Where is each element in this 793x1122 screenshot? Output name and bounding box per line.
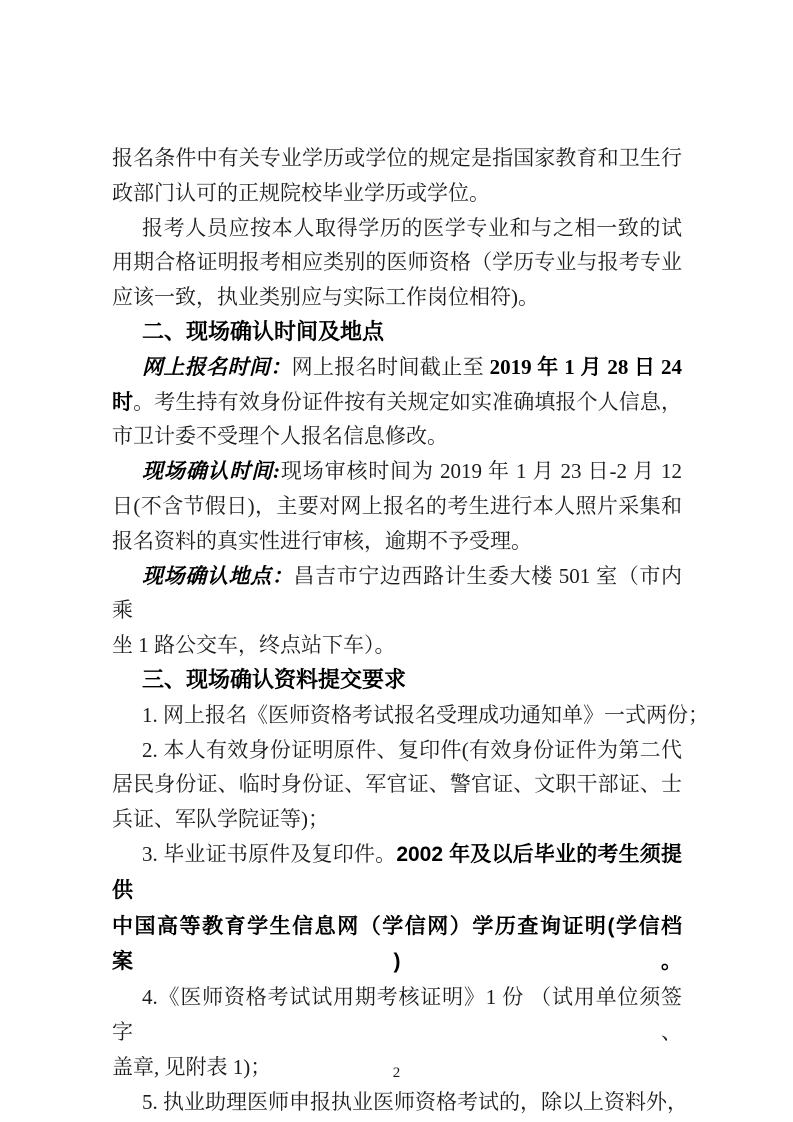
text-line: 居民身份证、临时身份证、军官证、警官证、文职干部证、士 — [112, 767, 682, 802]
block-paragraph-4: 现场确认时间:现场审核时间为 2019 年 1 月 23 日-2 月 12日(不… — [112, 454, 682, 558]
text-bold: 时 — [112, 390, 133, 414]
text-line: 5. 执业助理医师申报执业医师资格考试的，除以上资料外， — [112, 1085, 682, 1120]
text-kai-bold: 现场确认地点： — [142, 564, 293, 588]
text-line: 兵证、军队学院证等)； — [112, 802, 682, 837]
text-line: 应该一致，执业类别应与实际工作岗位相符)。 — [112, 280, 682, 315]
text-regular: 1. 网上报名《医师资格考试报名受理成功通知单》一式两份； — [142, 703, 709, 727]
text-regular: 日(不含节假日)，主要对网上报名的考生进行本人照片采集和 — [112, 494, 682, 518]
text-bold: 2019 年 1 月 28 日 24 — [490, 355, 682, 379]
text-line: 现场确认地点：昌吉市宁边西路计生委大楼 501 室（市内乘 — [112, 559, 682, 629]
text-line: 3. 毕业证书原件及复印件。2002 年及以后毕业的考生须提供 — [112, 837, 682, 909]
text-line: 中国高等教育学生信息网（学信网）学历查询证明(学信档案)。 — [112, 909, 682, 981]
text-kai-bold: 网上报名时间： — [142, 355, 292, 379]
block-heading-6: 三、现场确认资料提交要求 — [112, 663, 682, 698]
text-line: 现场确认时间:现场审核时间为 2019 年 1 月 23 日-2 月 12 — [112, 454, 682, 489]
text-regular: 应该一致，执业类别应与实际工作岗位相符)。 — [112, 285, 539, 309]
block-paragraph-1: 报考人员应按本人取得学历的医学专业和与之相一致的试用期合格证明报考相应类别的医师… — [112, 211, 682, 315]
page-number: 2 — [0, 1063, 793, 1083]
text-hei: 二、现场确认时间及地点 — [142, 319, 384, 344]
text-line: 二、现场确认时间及地点 — [112, 315, 682, 350]
text-regular: 报名资料的真实性进行审核，逾期不予受理。 — [112, 529, 532, 553]
text-regular: 政部门认可的正规院校毕业学历或学位。 — [112, 181, 490, 205]
text-line: 政部门认可的正规院校毕业学历或学位。 — [112, 176, 682, 211]
text-regular: 5. 执业助理医师申报执业医师资格考试的，除以上资料外， — [142, 1090, 688, 1114]
text-regular: 3. 毕业证书原件及复印件。 — [142, 842, 396, 866]
block-list-item-7: 1. 网上报名《医师资格考试报名受理成功通知单》一式两份； — [112, 698, 682, 733]
text-regular: 。考生持有效身份证件按有关规定如实准确填报个人信息， — [133, 390, 682, 414]
text-regular: 2. 本人有效身份证明原件、复印件(有效身份证件为第二代 — [142, 738, 682, 762]
text-line: 用期合格证明报考相应类别的医师资格（学历专业与报考专业 — [112, 245, 682, 280]
text-line: 坐 1 路公交车，终点站下车）。 — [112, 628, 682, 663]
text-line: 日(不含节假日)，主要对网上报名的考生进行本人照片采集和 — [112, 489, 682, 524]
text-line: 报名条件中有关专业学历或学位的规定是指国家教育和卫生行 — [112, 141, 682, 176]
text-line: 2. 本人有效身份证明原件、复印件(有效身份证件为第二代 — [112, 733, 682, 768]
text-line: 报名资料的真实性进行审核，逾期不予受理。 — [112, 524, 682, 559]
text-regular: 现场审核时间为 2019 年 1 月 23 日-2 月 12 — [280, 459, 682, 483]
text-regular: 坐 1 路公交车，终点站下车）。 — [112, 633, 396, 657]
text-line: 市卫计委不受理个人报名信息修改。 — [112, 419, 682, 454]
block-heading-2: 二、现场确认时间及地点 — [112, 315, 682, 350]
text-regular: 报考人员应按本人取得学历的医学专业和与之相一致的试 — [142, 216, 682, 240]
document-page: 报名条件中有关专业学历或学位的规定是指国家教育和卫生行政部门认可的正规院校毕业学… — [0, 0, 793, 1122]
text-line: 三、现场确认资料提交要求 — [112, 663, 682, 698]
text-regular: 用期合格证明报考相应类别的医师资格（学历专业与报考专业 — [112, 250, 682, 274]
text-regular: 居民身份证、临时身份证、军官证、警官证、文职干部证、士 — [112, 772, 682, 796]
text-regular: 兵证、军队学院证等)； — [112, 807, 329, 831]
text-kai-bold: 现场确认时间: — [142, 459, 280, 483]
text-line: 报考人员应按本人取得学历的医学专业和与之相一致的试 — [112, 211, 682, 246]
text-line: 4.《医师资格考试试用期考核证明》1 份 （试用单位须签字、 — [112, 980, 682, 1050]
text-regular: 4.《医师资格考试试用期考核证明》1 份 （试用单位须签字、 — [112, 985, 682, 1044]
text-regular: 网上报名时间截止至 — [292, 355, 490, 379]
block-paragraph-0: 报名条件中有关专业学历或学位的规定是指国家教育和卫生行政部门认可的正规院校毕业学… — [112, 141, 682, 211]
block-list-item-9: 3. 毕业证书原件及复印件。2002 年及以后毕业的考生须提供中国高等教育学生信… — [112, 837, 682, 980]
block-list-item-8: 2. 本人有效身份证明原件、复印件(有效身份证件为第二代居民身份证、临时身份证、… — [112, 733, 682, 837]
text-line: 1. 网上报名《医师资格考试报名受理成功通知单》一式两份； — [112, 698, 682, 733]
text-regular: 市卫计委不受理个人报名信息修改。 — [112, 424, 448, 448]
block-list-item-11: 5. 执业助理医师申报执业医师资格考试的，除以上资料外， — [112, 1085, 682, 1120]
text-regular: 报名条件中有关专业学历或学位的规定是指国家教育和卫生行 — [112, 146, 682, 170]
block-paragraph-3: 网上报名时间：网上报名时间截止至 2019 年 1 月 28 日 24时。考生持… — [112, 350, 682, 454]
text-hei: 三、现场确认资料提交要求 — [142, 667, 406, 692]
text-line: 网上报名时间：网上报名时间截止至 2019 年 1 月 28 日 24 — [112, 350, 682, 385]
document-content: 报名条件中有关专业学历或学位的规定是指国家教育和卫生行政部门认可的正规院校毕业学… — [112, 141, 682, 1119]
text-line: 时。考生持有效身份证件按有关规定如实准确填报个人信息， — [112, 385, 682, 420]
block-paragraph-5: 现场确认地点：昌吉市宁边西路计生委大楼 501 室（市内乘坐 1 路公交车，终点… — [112, 559, 682, 663]
text-hei: 中国高等教育学生信息网（学信网）学历查询证明(学信档案)。 — [112, 915, 682, 974]
